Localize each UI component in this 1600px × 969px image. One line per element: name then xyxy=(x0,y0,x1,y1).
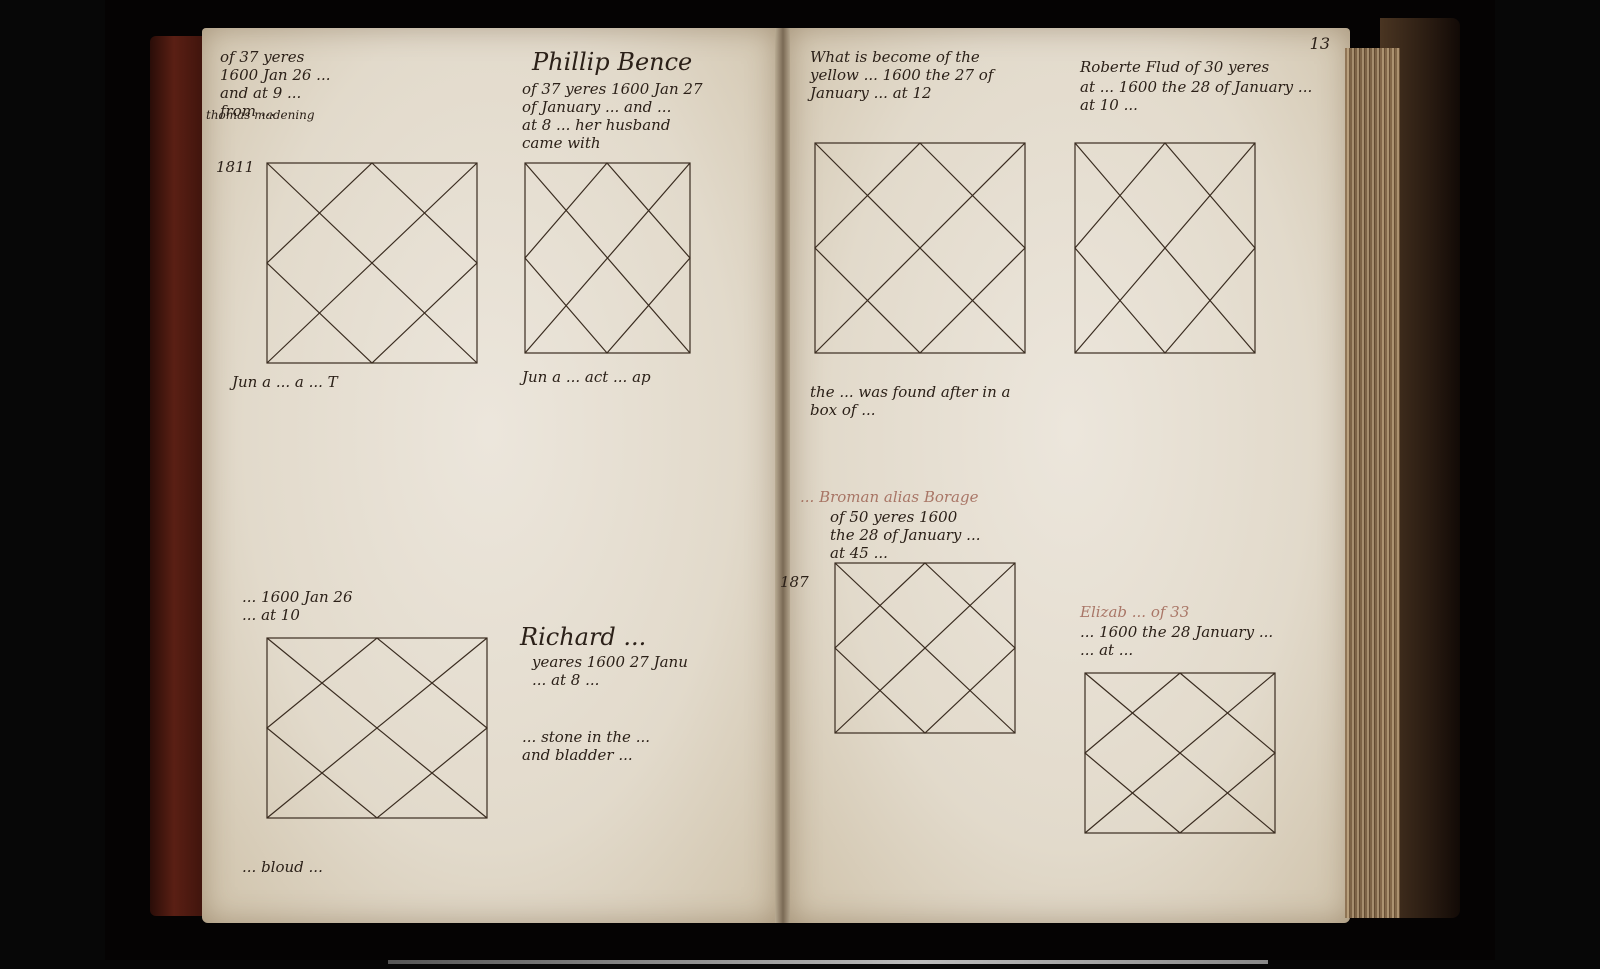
entry-header: at ... 1600 the 28 of January ... at 10 … xyxy=(1080,78,1330,114)
entry-header: of 37 yeres 1600 Jan 27 of January ... a… xyxy=(522,80,762,152)
horoscope-chart xyxy=(810,138,1030,358)
entry-title: Phillip Bence xyxy=(532,48,692,76)
entry-title: Elizab ... of 33 xyxy=(1080,603,1189,621)
book-gutter xyxy=(775,28,791,923)
horoscope-chart xyxy=(262,633,492,823)
entry-note: ... stone in the ... and bladder ... xyxy=(522,728,752,764)
entry-header: of 50 yeres 1600 the 28 of January ... a… xyxy=(830,508,1030,562)
folio-mark: 1811 xyxy=(216,158,254,176)
scale-bar xyxy=(388,960,1268,964)
margin-mark: 187 xyxy=(780,573,809,591)
entry-note: ... bloud ... xyxy=(242,858,323,876)
horoscope-chart xyxy=(830,558,1020,738)
entry-header: ... 1600 Jan 26 ... at 10 xyxy=(242,588,502,624)
entry-note: the ... was found after in a box of ... xyxy=(810,383,1030,419)
book-cover-left xyxy=(150,36,210,916)
margin-name: thomas madening xyxy=(206,106,315,124)
entry-header: ... 1600 the 28 January ... ... at ... xyxy=(1080,623,1330,659)
page-edges xyxy=(1345,48,1400,918)
horoscope-chart xyxy=(262,158,482,368)
entry-title: Roberte Flud of 30 yeres xyxy=(1080,58,1330,76)
entry-title: ... Broman alias Borage xyxy=(800,488,978,506)
entry-header: yeares 1600 27 Janu ... at 8 ... xyxy=(532,653,762,689)
horoscope-chart xyxy=(1070,138,1260,358)
horoscope-chart xyxy=(1080,668,1280,838)
left-page: of 37 yeres 1600 Jan 26 ... and at 9 ...… xyxy=(202,28,777,923)
judgement-line: Jun a ... a ... T xyxy=(232,373,338,391)
horoscope-chart xyxy=(520,158,695,358)
folio-number: 13 xyxy=(1310,34,1330,53)
entry-title: Richard ... xyxy=(520,623,646,651)
manuscript-book: of 37 yeres 1600 Jan 26 ... and at 9 ...… xyxy=(150,18,1460,938)
judgement-line: Jun a ... act ... ap xyxy=(522,368,651,386)
entry-title: What is become of the yellow ... 1600 th… xyxy=(810,48,1010,102)
right-page: 13 What is become of the yellow ... 1600… xyxy=(790,28,1350,923)
